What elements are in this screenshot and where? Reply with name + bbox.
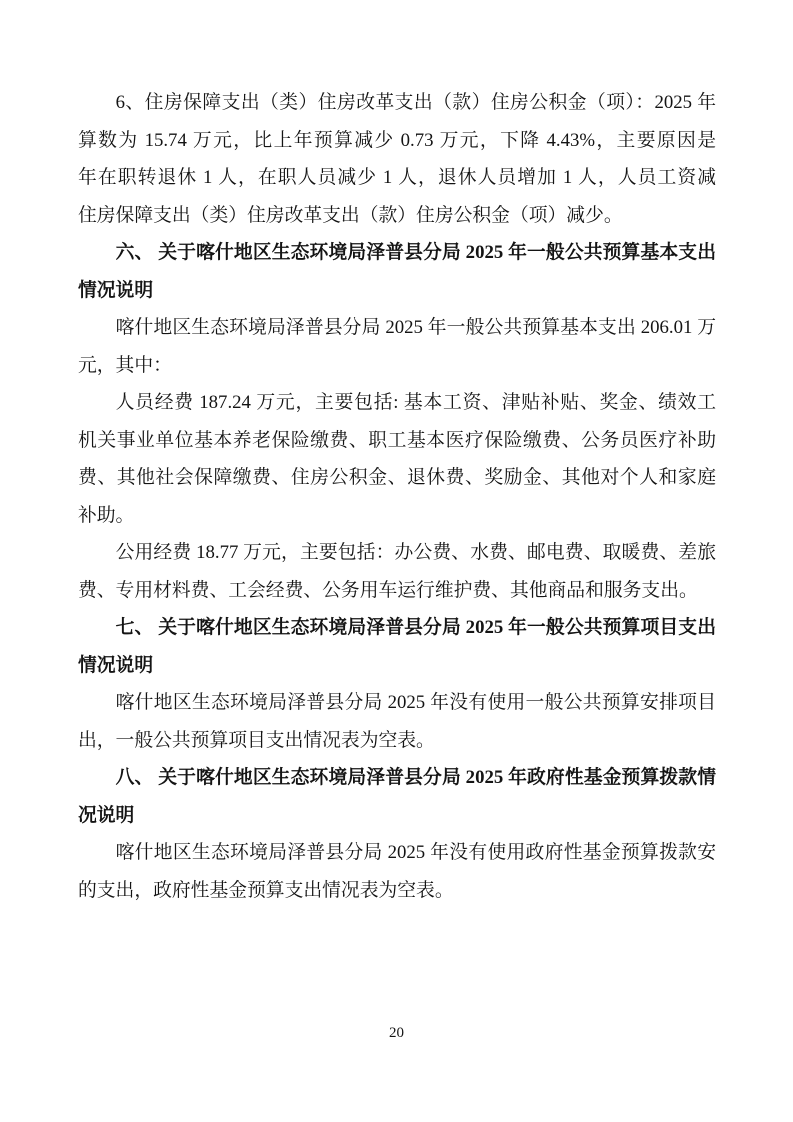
section-7-heading-line-1: 七、 关于喀什地区生态环境局泽普县分局 2025 年一般公共预算项目支出 bbox=[78, 609, 716, 647]
section-6-heading-line-1: 六、 关于喀什地区生态环境局泽普县分局 2025 年一般公共预算基本支出 bbox=[78, 234, 716, 272]
document-page: 6、住房保障支出（类）住房改革支出（款）住房公积金（项）：2025 年预 算数为… bbox=[0, 0, 793, 1122]
public-funds-line-1: 公用经费 18.77 万元，主要包括：办公费、水费、邮电费、取暖费、差旅 bbox=[78, 534, 716, 572]
public-funds-line-2: 费、专用材料费、工会经费、公务用车运行维护费、其他商品和服务支出。 bbox=[78, 572, 716, 610]
project-expenditure-line-2: 出，一般公共预算项目支出情况表为空表。 bbox=[78, 722, 716, 760]
gov-fund-line-1: 喀什地区生态环境局泽普县分局 2025 年没有使用政府性基金预算拨款安排 bbox=[78, 834, 716, 872]
page-number: 20 bbox=[0, 1022, 793, 1044]
housing-item-line-3: 年在职转退休 1 人，在职人员减少 1 人，退休人员增加 1 人，人员工资减少， bbox=[78, 159, 716, 197]
section-6-heading-line-2: 情况说明 bbox=[78, 272, 716, 310]
housing-item-line-4: 住房保障支出（类）住房改革支出（款）住房公积金（项）减少。 bbox=[78, 197, 716, 235]
personnel-funds-line-1: 人员经费 187.24 万元，主要包括: 基本工资、津贴补贴、奖金、绩效工资、 bbox=[78, 384, 716, 422]
section-8-heading-line-2: 况说明 bbox=[78, 797, 716, 835]
gov-fund-line-2: 的支出，政府性基金预算支出情况表为空表。 bbox=[78, 872, 716, 910]
document-body: 6、住房保障支出（类）住房改革支出（款）住房公积金（项）：2025 年预 算数为… bbox=[78, 84, 716, 909]
personnel-funds-line-3: 费、其他社会保障缴费、住房公积金、退休费、奖励金、其他对个人和家庭的 bbox=[78, 459, 716, 497]
personnel-funds-line-4: 补助。 bbox=[78, 497, 716, 535]
project-expenditure-line-1: 喀什地区生态环境局泽普县分局 2025 年没有使用一般公共预算安排项目支 bbox=[78, 684, 716, 722]
housing-item-line-1: 6、住房保障支出（类）住房改革支出（款）住房公积金（项）：2025 年预 bbox=[78, 84, 716, 122]
basic-expenditure-line-1: 喀什地区生态环境局泽普县分局 2025 年一般公共预算基本支出 206.01 万 bbox=[78, 309, 716, 347]
housing-item-line-2: 算数为 15.74 万元，比上年预算减少 0.73 万元，下降 4.43%，主要… bbox=[78, 122, 716, 160]
basic-expenditure-line-2: 元，其中： bbox=[78, 347, 716, 385]
section-8-heading-line-1: 八、 关于喀什地区生态环境局泽普县分局 2025 年政府性基金预算拨款情 bbox=[78, 759, 716, 797]
personnel-funds-line-2: 机关事业单位基本养老保险缴费、职工基本医疗保险缴费、公务员医疗补助缴 bbox=[78, 422, 716, 460]
section-7-heading-line-2: 情况说明 bbox=[78, 647, 716, 685]
